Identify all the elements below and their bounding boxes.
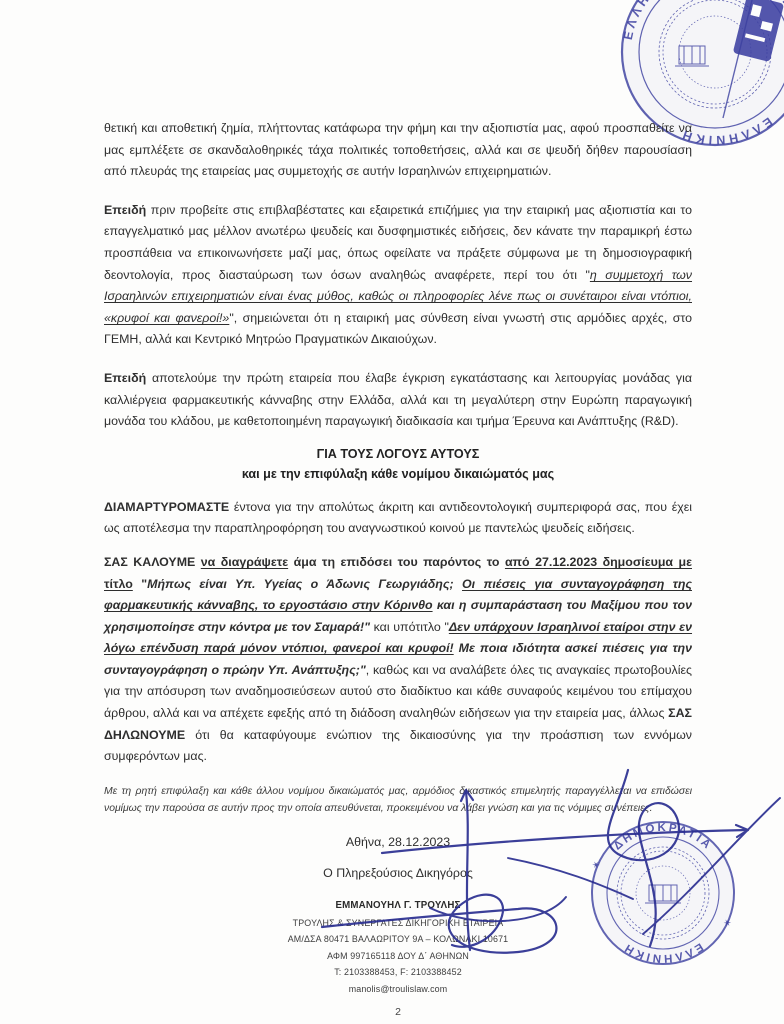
paragraph-reason-press-ethics: Επειδή πριν προβείτε στις επιβλαβέστατες… bbox=[104, 200, 692, 351]
firm-email: manolis@troulislaw.com bbox=[104, 981, 692, 998]
page-number: 2 bbox=[104, 1006, 692, 1018]
stamp-star-separator: ✶ bbox=[721, 917, 734, 931]
document-body: θετική και αποθετική ζημία, πλήττοντας κ… bbox=[104, 0, 692, 1018]
signatory-role: Ο Πληρεξούσιος Δικηγόρος bbox=[104, 866, 692, 880]
firm-phone-fax: Τ: 2103388453, F: 2103388452 bbox=[104, 964, 692, 981]
firm-tax-info: ΑΦΜ 997165118 ΔΟΥ Δ΄ ΑΘΗΝΩΝ bbox=[104, 948, 692, 965]
heading-for-these-reasons: ΓΙΑ ΤΟΥΣ ΛΟΓΟΥΣ ΑΥΤΟΥΣ bbox=[104, 447, 692, 462]
signatory-name: ΕΜΜΑΝΟΥΗΛ Γ. ΤΡΟΥΛΗΣ bbox=[104, 900, 692, 911]
place-date: Αθήνα, 28.12.2023 bbox=[104, 835, 692, 849]
paragraph-continuation: θετική και αποθετική ζημία, πλήττοντας κ… bbox=[104, 118, 692, 183]
signature-block: ΕΜΜΑΝΟΥΗΛ Γ. ΤΡΟΥΛΗΣ ΤΡΟΥΛΗΣ & ΣΥΝΕΡΓΑΤΕ… bbox=[104, 900, 692, 998]
heading-rights-reservation: και με την επιφύλαξη κάθε νομίμου δικαιώ… bbox=[104, 467, 692, 482]
stamp-corner-emblem-icon bbox=[733, 0, 784, 62]
stamp-ink-stroke bbox=[723, 0, 753, 118]
paragraph-reason-company-license: Επειδή αποτελούμε την πρώτη εταιρεία που… bbox=[104, 368, 692, 433]
firm-address: ΑΜ/ΔΣΑ 80471 ΒΑΛΑΩΡΙΤΟΥ 9Α – ΚΟΛΩΝΑΚΙ 10… bbox=[104, 931, 692, 948]
legal-document-page: ΕΛΛΗΝΙΚΗ ΔΗΜΟΚΡΑΤΙΑ ΕΛΛΗΝΙΚΗ θετική και … bbox=[0, 0, 784, 1024]
paragraph-demand: ΣΑΣ ΚΑΛΟΥΜΕ να διαγράψετε άμα τη επιδόσε… bbox=[104, 552, 692, 768]
paragraph-protest: ΔΙΑΜΑΡΤΥΡΟΜΑΣΤΕ έντονα για την απολύτως … bbox=[104, 497, 692, 540]
service-note: Με τη ρητή επιφύλαξη και κάθε άλλου νομί… bbox=[104, 783, 692, 818]
firm-name: ΤΡΟΥΛΗΣ & ΣΥΝΕΡΓΑΤΕΣ ΔΙΚΗΓΟΡΙΚΗ ΕΤΑΙΡΕΙΑ bbox=[104, 915, 692, 932]
